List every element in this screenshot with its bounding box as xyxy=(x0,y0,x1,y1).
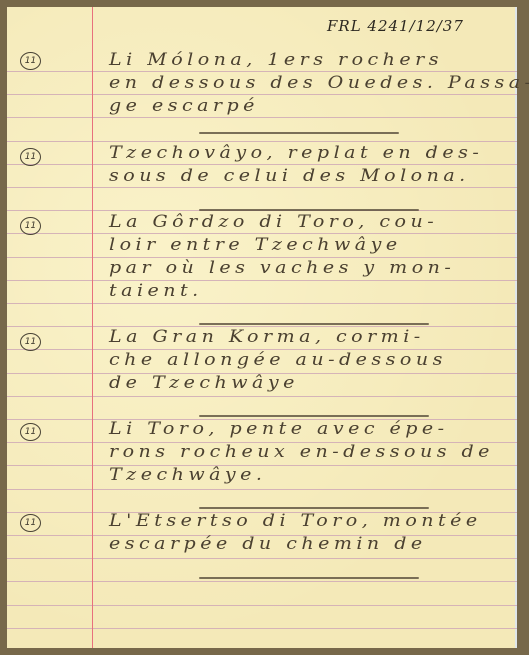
entry-separator xyxy=(199,507,429,509)
ruled-line xyxy=(7,581,517,582)
ruled-line xyxy=(7,558,517,559)
entry-separator xyxy=(199,577,419,579)
entry-line: Tzechwâye. xyxy=(109,465,266,485)
ruled-line xyxy=(7,187,517,188)
entry-separator xyxy=(199,323,429,325)
entry-separator xyxy=(199,209,419,211)
entry-line: ge escarpé xyxy=(109,96,259,116)
entry-marker-circle: 11 xyxy=(20,514,41,532)
ruled-line xyxy=(7,117,517,118)
entry-marker-circle: 11 xyxy=(20,52,41,70)
entry-line: Tzechovâyo, replat en des- xyxy=(109,143,483,163)
entry-line: L'Etsertso di Toro, montée xyxy=(109,511,482,531)
entry-line: loir entre Tzechwâye xyxy=(109,235,402,255)
entry-line: taient. xyxy=(109,281,203,301)
entry-line: de Tzechwâye xyxy=(109,373,299,393)
entry-marker-circle: 11 xyxy=(20,217,41,235)
entry-marker-circle: 11 xyxy=(20,148,41,166)
entry-line: en dessous des Ouedes. Passa- xyxy=(109,73,529,93)
entry-marker-circle: 11 xyxy=(20,333,41,351)
entry-line: La Gôrdzo di Toro, cou- xyxy=(109,212,438,232)
ruled-line xyxy=(7,280,517,281)
red-margin-line xyxy=(92,7,93,648)
entry-separator xyxy=(199,132,399,134)
notebook-page: FRL 4241/12/37 11 Li Mólona, 1ers rocher… xyxy=(7,7,517,648)
entry-line: Li Toro, pente avec épe- xyxy=(109,419,449,439)
ruled-line xyxy=(7,396,517,397)
ruled-line xyxy=(7,628,517,629)
ruled-line xyxy=(7,303,517,304)
ruled-line xyxy=(7,605,517,606)
entry-line: rons rocheux en-dessous de xyxy=(109,442,494,462)
ruled-line xyxy=(7,164,517,165)
ruled-line xyxy=(7,489,517,490)
archive-reference-stamp: FRL 4241/12/37 xyxy=(327,17,464,35)
entry-line: Li Mólona, 1ers rochers xyxy=(109,50,443,70)
entry-line: par où les vaches y mon- xyxy=(109,258,455,278)
entry-line: sous de celui des Molona. xyxy=(109,166,470,186)
ruled-line xyxy=(7,94,517,95)
entry-line: che allongée au-dessous xyxy=(109,350,447,370)
entry-marker-circle: 11 xyxy=(20,423,41,441)
entry-line: escarpée du chemin de xyxy=(109,534,427,554)
entry-line: La Gran Korma, cormi- xyxy=(109,327,425,347)
ruled-line xyxy=(7,71,517,72)
ruled-line xyxy=(7,141,517,142)
entry-separator xyxy=(199,415,429,417)
ruled-line xyxy=(7,233,517,234)
